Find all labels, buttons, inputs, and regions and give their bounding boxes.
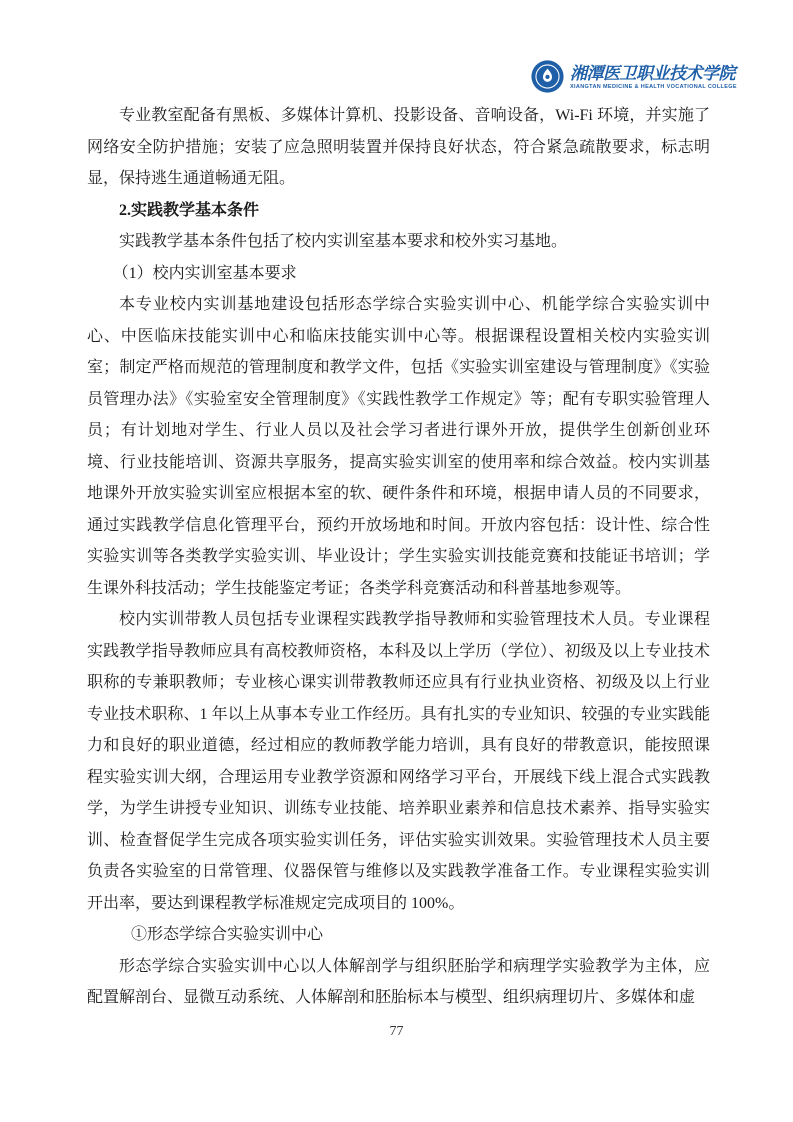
- section-heading-practical-teaching: 2.实践教学基本条件: [87, 195, 710, 227]
- college-name-chinese: 湘潭医卫职业技术学院: [570, 63, 737, 84]
- page-number: 77: [390, 1024, 404, 1039]
- paragraph-training-instructors: 校内实训带教人员包括专业课程实践教学指导教师和实验管理技术人员。专业课程实践教学…: [87, 604, 710, 919]
- sub-label-morphology-center: ①形态学综合实验实训中心: [87, 919, 710, 951]
- paragraph-morphology-center-detail: 形态学综合实验实训中心以人体解剖学与组织胚胎学和病理学实验教学为主体，应配置解剖…: [87, 951, 710, 1014]
- paragraph-conditions-overview: 实践教学基本条件包括了校内实训室基本要求和校外实习基地。: [87, 226, 710, 258]
- document-page: 湘潭医卫职业技术学院 XIANGTAN MEDICINE & HEALTH VO…: [0, 0, 793, 1122]
- college-emblem-icon: [531, 60, 564, 93]
- document-body: 专业教室配备有黑板、多媒体计算机、投影设备、音响设备，Wi-Fi 环境，并实施了…: [87, 100, 710, 1014]
- college-logo-text: 湘潭医卫职业技术学院 XIANGTAN MEDICINE & HEALTH VO…: [570, 63, 737, 91]
- paragraph-training-base-construction: 本专业校内实训基地建设包括形态学综合实验实训中心、机能学综合实验实训中心、中医临…: [87, 289, 710, 604]
- college-name-english: XIANGTAN MEDICINE & HEALTH VOCATIONAL CO…: [570, 84, 737, 91]
- list-label-campus-training-rooms: （1）校内实训室基本要求: [87, 258, 710, 290]
- college-logo: 湘潭医卫职业技术学院 XIANGTAN MEDICINE & HEALTH VO…: [531, 60, 737, 93]
- paragraph-classroom-equipment: 专业教室配备有黑板、多媒体计算机、投影设备、音响设备，Wi-Fi 环境，并实施了…: [87, 100, 710, 195]
- page-footer: 77: [0, 1024, 793, 1040]
